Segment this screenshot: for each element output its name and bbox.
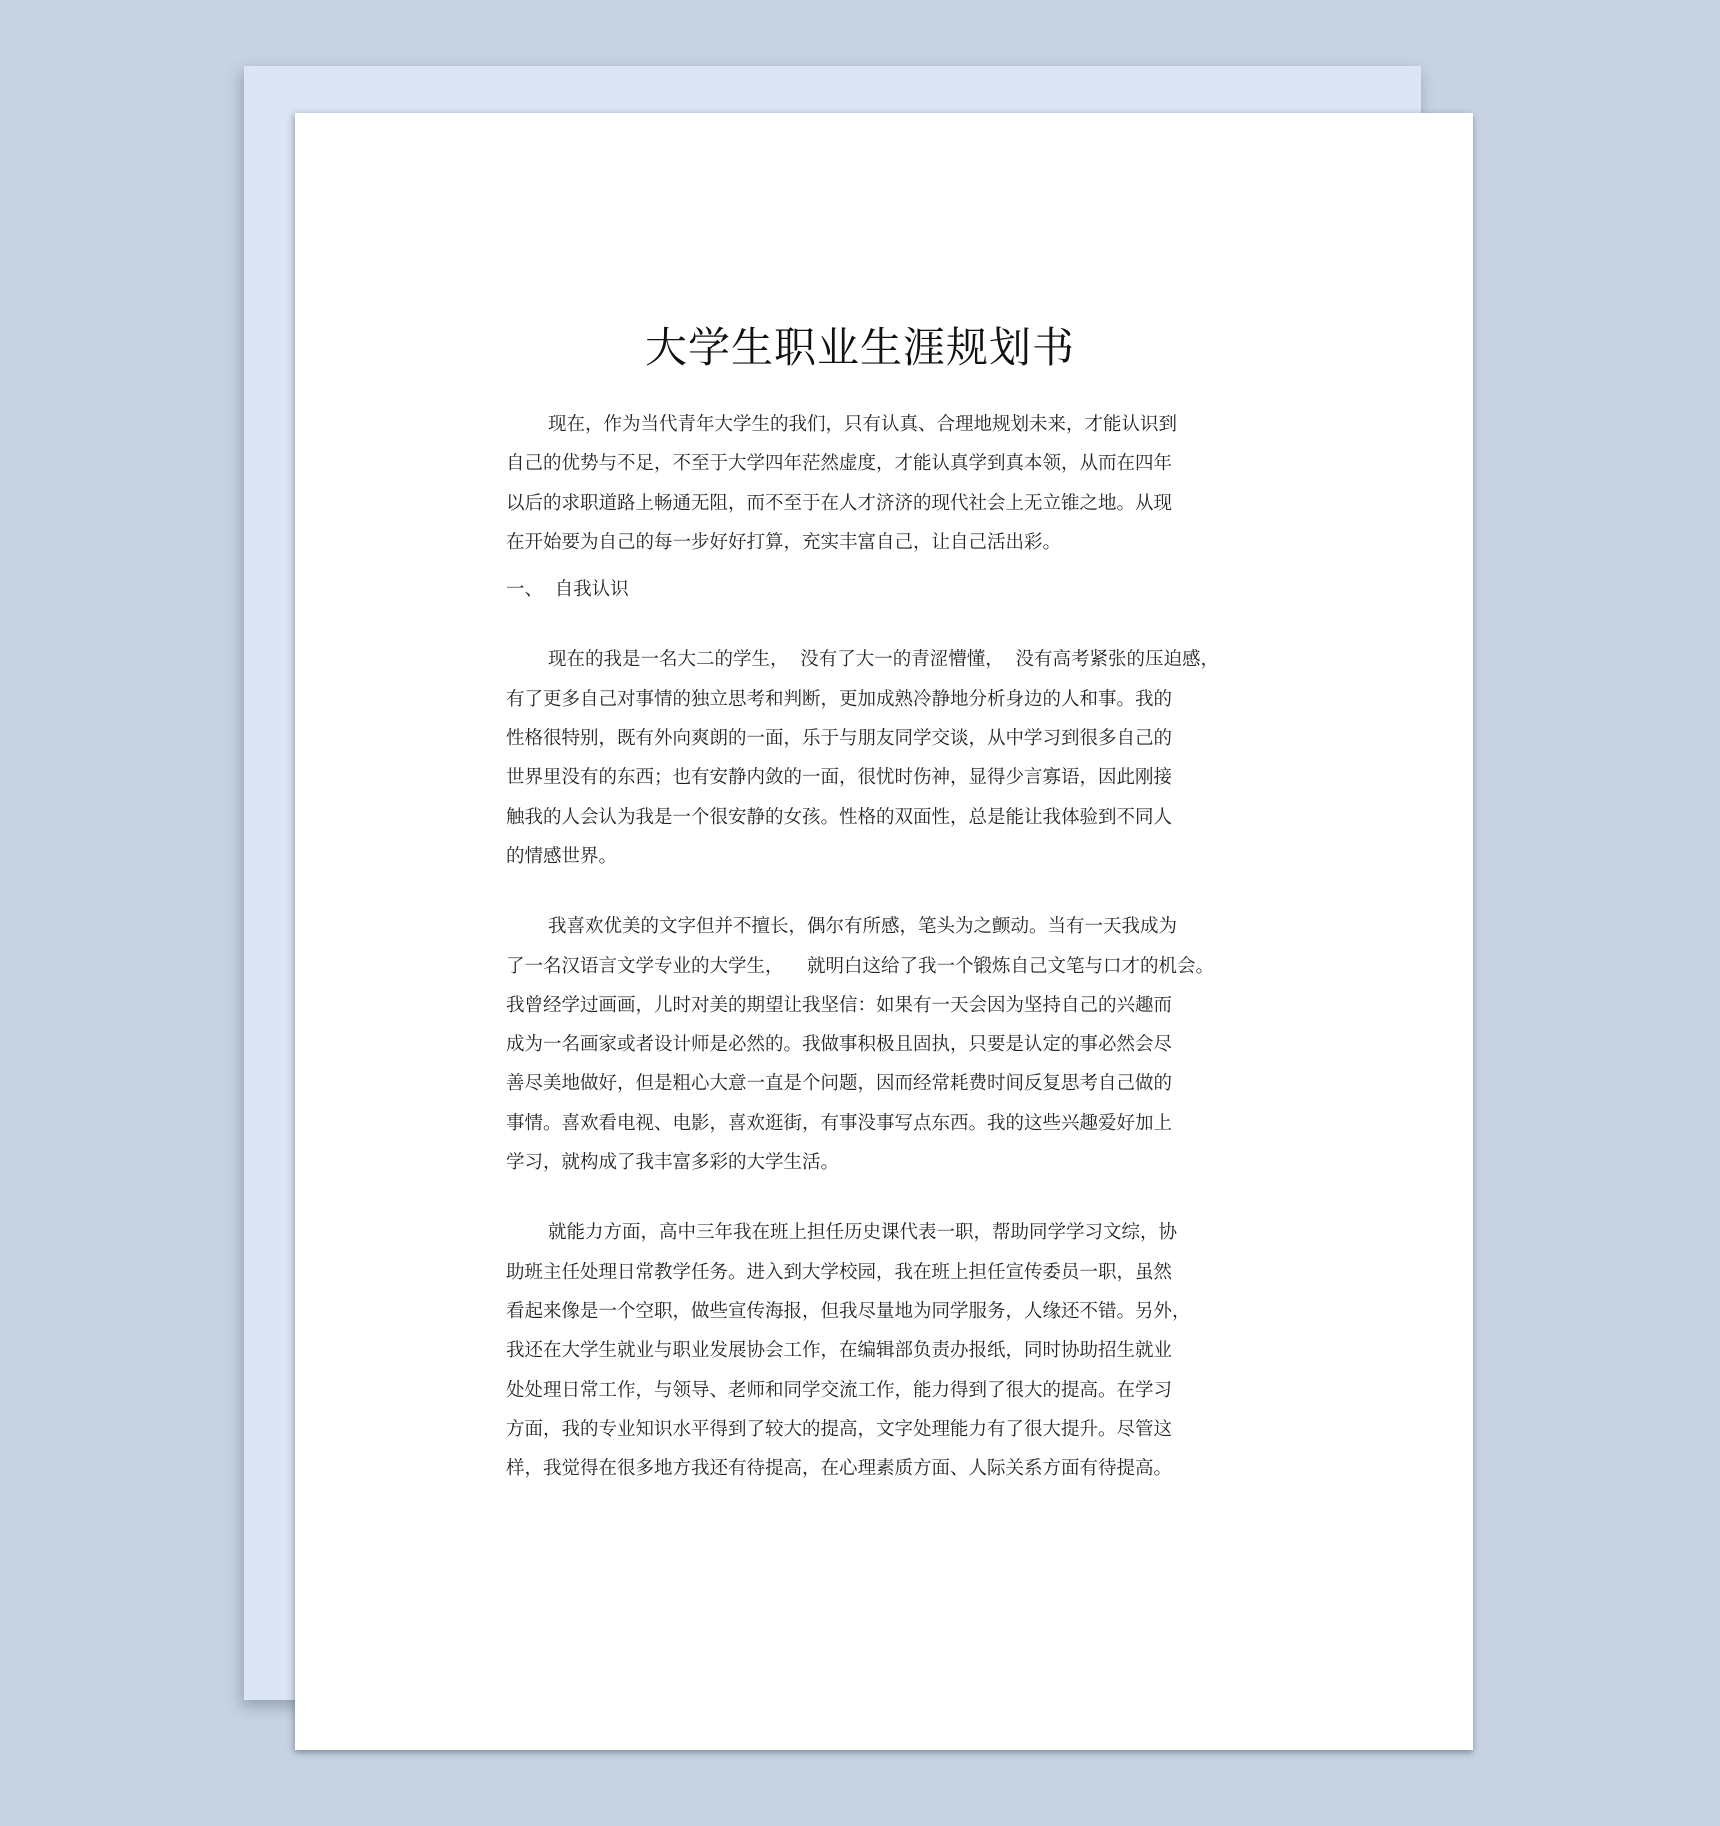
text-line: 助班主任处理日常教学任务。进入到大学校园，我在班上担任宣传委员一职，虽然 (506, 1253, 1246, 1292)
text-line: 自己的优势与不足，不至于大学四年茫然虚度，才能认真学到真本领，从而在四年 (506, 444, 1246, 483)
text-line: 我曾经学过画画，儿时对美的期望让我坚信：如果有一天会因为坚持自己的兴趣而 (506, 986, 1246, 1025)
self-awareness-paragraph-2: 我喜欢优美的文字但并不擅长，偶尔有所感，笔头为之颤动。当有一天我成为 了一名汉语… (506, 907, 1246, 1182)
text-line: 就能力方面，高中三年我在班上担任历史课代表一职，帮助同学学习文综，协 (506, 1213, 1246, 1252)
text-line: 的情感世界。 (506, 837, 1246, 876)
text-line: 成为一名画家或者设计师是必然的。我做事积极且固执，只要是认定的事必然会尽 (506, 1025, 1246, 1064)
text-line: 现在的我是一名大二的学生， 没有了大一的青涩懵懂， 没有高考紧张的压迫感， (506, 640, 1246, 679)
text-line: 我还在大学生就业与职业发展协会工作，在编辑部负责办报纸，同时协助招生就业 (506, 1331, 1246, 1370)
text-line: 学习，就构成了我丰富多彩的大学生活。 (506, 1143, 1246, 1182)
text-line: 以后的求职道路上畅通无阻，而不至于在人才济济的现代社会上无立锥之地。从现 (506, 484, 1246, 523)
text-line: 触我的人会认为我是一个很安静的女孩。性格的双面性，总是能让我体验到不同人 (506, 798, 1246, 837)
self-awareness-paragraph-1: 现在的我是一名大二的学生， 没有了大一的青涩懵懂， 没有高考紧张的压迫感， 有了… (506, 640, 1246, 876)
text-line: 在开始要为自己的每一步好好打算，充实丰富自己，让自己活出彩。 (506, 523, 1246, 562)
text-line: 性格很特别，既有外向爽朗的一面，乐于与朋友同学交谈，从中学习到很多自己的 (506, 719, 1246, 758)
text-line: 方面，我的专业知识水平得到了较大的提高，文字处理能力有了很大提升。尽管这 (506, 1410, 1246, 1449)
text-line: 事情。喜欢看电视、电影，喜欢逛街，有事没事写点东西。我的这些兴趣爱好加上 (506, 1104, 1246, 1143)
document-title: 大学生职业生涯规划书 (0, 320, 1720, 376)
text-line: 看起来像是一个空职，做些宣传海报，但我尽量地为同学服务，人缘还不错。另外， (506, 1292, 1246, 1331)
section-heading: 一、 自我认识 (506, 570, 1246, 609)
text-line: 有了更多自己对事情的独立思考和判断，更加成熟冷静地分析身边的人和事。我的 (506, 680, 1246, 719)
text-line: 样，我觉得在很多地方我还有待提高，在心理素质方面、人际关系方面有待提高。 (506, 1449, 1246, 1488)
text-line: 善尽美地做好，但是粗心大意一直是个问题，因而经常耗费时间反复思考自己做的 (506, 1064, 1246, 1103)
document-body: 现在，作为当代青年大学生的我们，只有认真、合理地规划未来，才能认识到 自己的优势… (506, 405, 1246, 1488)
intro-paragraph: 现在，作为当代青年大学生的我们，只有认真、合理地规划未来，才能认识到 自己的优势… (506, 405, 1246, 562)
text-line: 处处理日常工作，与领导、老师和同学交流工作，能力得到了很大的提高。在学习 (506, 1371, 1246, 1410)
text-line: 世界里没有的东西；也有安静内敛的一面，很忧时伤神，显得少言寡语，因此刚接 (506, 758, 1246, 797)
self-awareness-paragraph-3: 就能力方面，高中三年我在班上担任历史课代表一职，帮助同学学习文综，协 助班主任处… (506, 1213, 1246, 1488)
text-line: 现在，作为当代青年大学生的我们，只有认真、合理地规划未来，才能认识到 (506, 405, 1246, 444)
text-line: 了一名汉语言文学专业的大学生， 就明白这给了我一个锻炼自己文笔与口才的机会。 (506, 947, 1246, 986)
text-line: 我喜欢优美的文字但并不擅长，偶尔有所感，笔头为之颤动。当有一天我成为 (506, 907, 1246, 946)
